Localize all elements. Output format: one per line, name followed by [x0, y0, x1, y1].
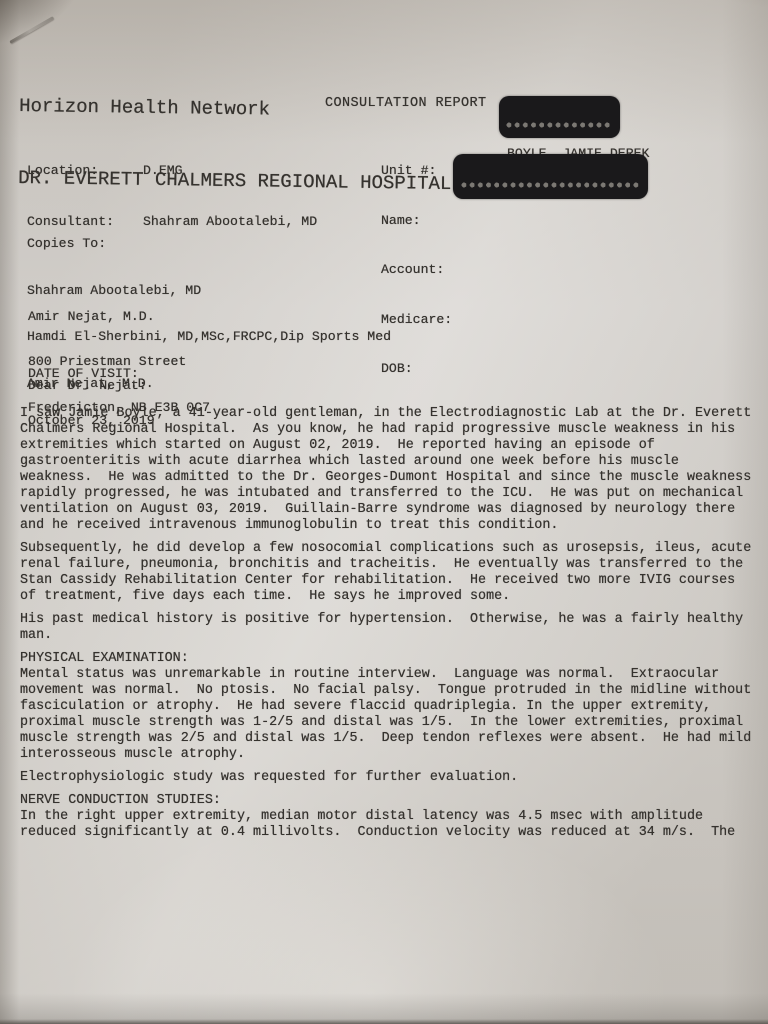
dob-label: DOB:: [381, 361, 452, 378]
unit-label: Unit #:: [381, 163, 452, 180]
account-label: Account:: [381, 262, 452, 279]
address-line: Amir Nejat, M.D.: [28, 309, 210, 324]
body-paragraph: Subsequently, he did develop a few nosoc…: [20, 541, 751, 605]
name-label: Name:: [381, 213, 452, 230]
body-paragraph: I saw Jamie Boyle, a 41-year-old gentlem…: [20, 406, 751, 534]
patient-info-labels: Unit #: Name: Account: Medicare: DOB:: [381, 130, 452, 411]
section-heading-nerve-conduction-studies: NERVE CONDUCTION STUDIES:: [20, 793, 751, 809]
report-title: CONSULTATION REPORT: [325, 96, 487, 111]
copies-to-label: Copies To:: [27, 236, 391, 252]
redaction-box-account-medicare: [453, 154, 648, 199]
redaction-dots-account-medicare: [460, 182, 641, 188]
staple-mark: [9, 16, 54, 43]
location-row: Location:D.EMG: [27, 162, 317, 179]
medicare-label: Medicare:: [381, 312, 452, 329]
salutation: Dear Dr. Nejat:: [28, 378, 147, 393]
redaction-box-unit-number: [499, 96, 620, 138]
document-page: Horizon Health Network DR. EVERETT CHALM…: [0, 0, 768, 1024]
body-paragraph: His past medical history is positive for…: [20, 612, 751, 644]
location-label: Location:: [27, 162, 143, 179]
body-paragraph: Electrophysiologic study was requested f…: [20, 770, 751, 786]
section-heading-physical-examination: PHYSICAL EXAMINATION:: [20, 651, 751, 667]
redaction-dots-unit-number: [505, 122, 612, 128]
letter-body: I saw Jamie Boyle, a 41-year-old gentlem…: [20, 406, 751, 848]
body-paragraph: In the right upper extremity, median mot…: [20, 809, 751, 841]
body-paragraph: Mental status was unremarkable in routin…: [20, 667, 751, 763]
photo-of-consultation-report: { "report": { "letterhead": { "org": "Ho…: [0, 0, 768, 1024]
location-value: D.EMG: [143, 163, 183, 178]
